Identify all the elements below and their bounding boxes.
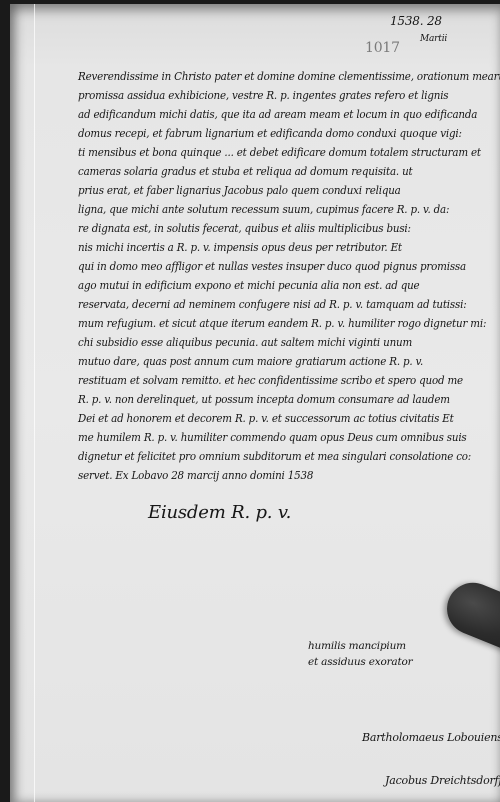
body-line: ligna, que michi ante solutum recessum s… (78, 203, 449, 216)
document-page: 1017 1538. 28 Martii Reverendissime in C… (10, 4, 500, 802)
signature: Jacobus Dreichtsdorff (385, 774, 500, 787)
body-line: restituam et solvam remitto. et hec conf… (78, 374, 463, 387)
body-line: reservata, decerni ad neminem confugere … (78, 298, 466, 311)
body-line: promissa assidua exhibicione, vestre R. … (78, 89, 448, 102)
body-line: dignetur et felicitet pro omnium subdito… (78, 450, 471, 463)
closing-salutation: Eiusdem R. p. v. (148, 502, 291, 523)
signature: Bartholomaeus Lobouiensis (362, 731, 500, 744)
body-line: re dignata est, in solutis fecerat, quib… (78, 222, 411, 235)
body-line: cameras solaria gradus et stuba et reliq… (78, 165, 412, 178)
subscription-line: humilis mancipium (308, 640, 406, 652)
subscription-line: et assiduus exorator (308, 656, 412, 668)
body-line: servet. Ex Lobavo 28 marcij anno domini … (78, 469, 313, 482)
body-line: mutuo dare, quas post annum cum maiore g… (78, 355, 423, 368)
body-line: Reverendissime in Christo pater et domin… (78, 70, 500, 83)
body-line: me humilem R. p. v. humiliter commendo q… (78, 431, 467, 444)
body-line: qui in domo meo affligor et nullas veste… (78, 260, 466, 273)
body-line: ad edificandum michi datis, que ita ad a… (78, 108, 477, 121)
header-month: Martii (420, 34, 447, 44)
body-line: prius erat, et faber lignarius Jacobus p… (78, 184, 401, 197)
folio-number: 1017 (365, 40, 400, 56)
body-line: domus recepi, et fabrum lignarium et edi… (78, 127, 462, 140)
body-line: nis michi incertis a R. p. v. impensis o… (78, 241, 402, 254)
body-line: ti mensibus et bona quinque ... et debet… (78, 146, 481, 159)
page-fold-line (34, 4, 35, 802)
body-line: chi subsidio esse aliquibus pecunia. aut… (78, 336, 412, 349)
header-date: 1538. 28 (390, 14, 442, 28)
body-line: Dei et ad honorem et decorem R. p. v. et… (78, 412, 454, 425)
body-line: R. p. v. non derelinquet, ut possum ince… (78, 393, 450, 406)
body-line: ago mutui in edificium expono et michi p… (78, 279, 419, 292)
body-line: mum refugium. et sicut atque iterum eand… (78, 317, 486, 330)
